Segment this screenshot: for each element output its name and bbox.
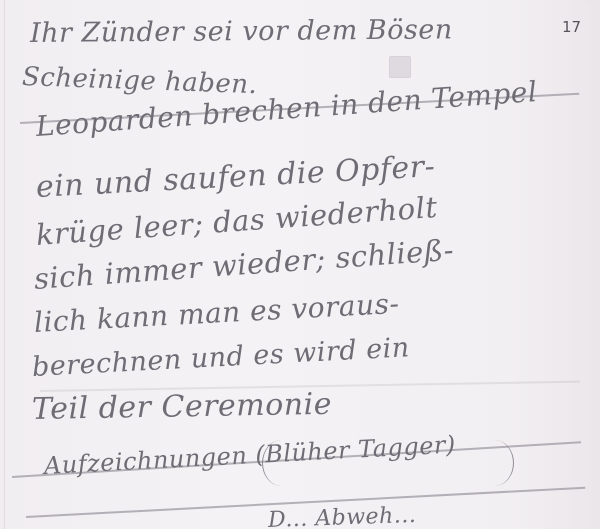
handwritten-line-2: Scheinige haben. (21, 62, 257, 100)
manuscript-page: 17 Ihr Zünder sei vor dem Bösen Scheinig… (0, 0, 600, 529)
handwritten-line-11: D... Abweh... (268, 503, 417, 529)
handwritten-line-7: lich kann man es voraus- (33, 287, 400, 339)
handwritten-line-1: Ihr Zünder sei vor dem Bösen (30, 14, 453, 49)
page-number: 17 (562, 18, 581, 36)
page-edge (4, 0, 5, 529)
handwritten-line-8: berechnen und es wird ein (31, 332, 410, 383)
handwritten-line-9: Teil der Ceremonie (32, 387, 333, 427)
stamp-mark-icon (389, 56, 411, 78)
